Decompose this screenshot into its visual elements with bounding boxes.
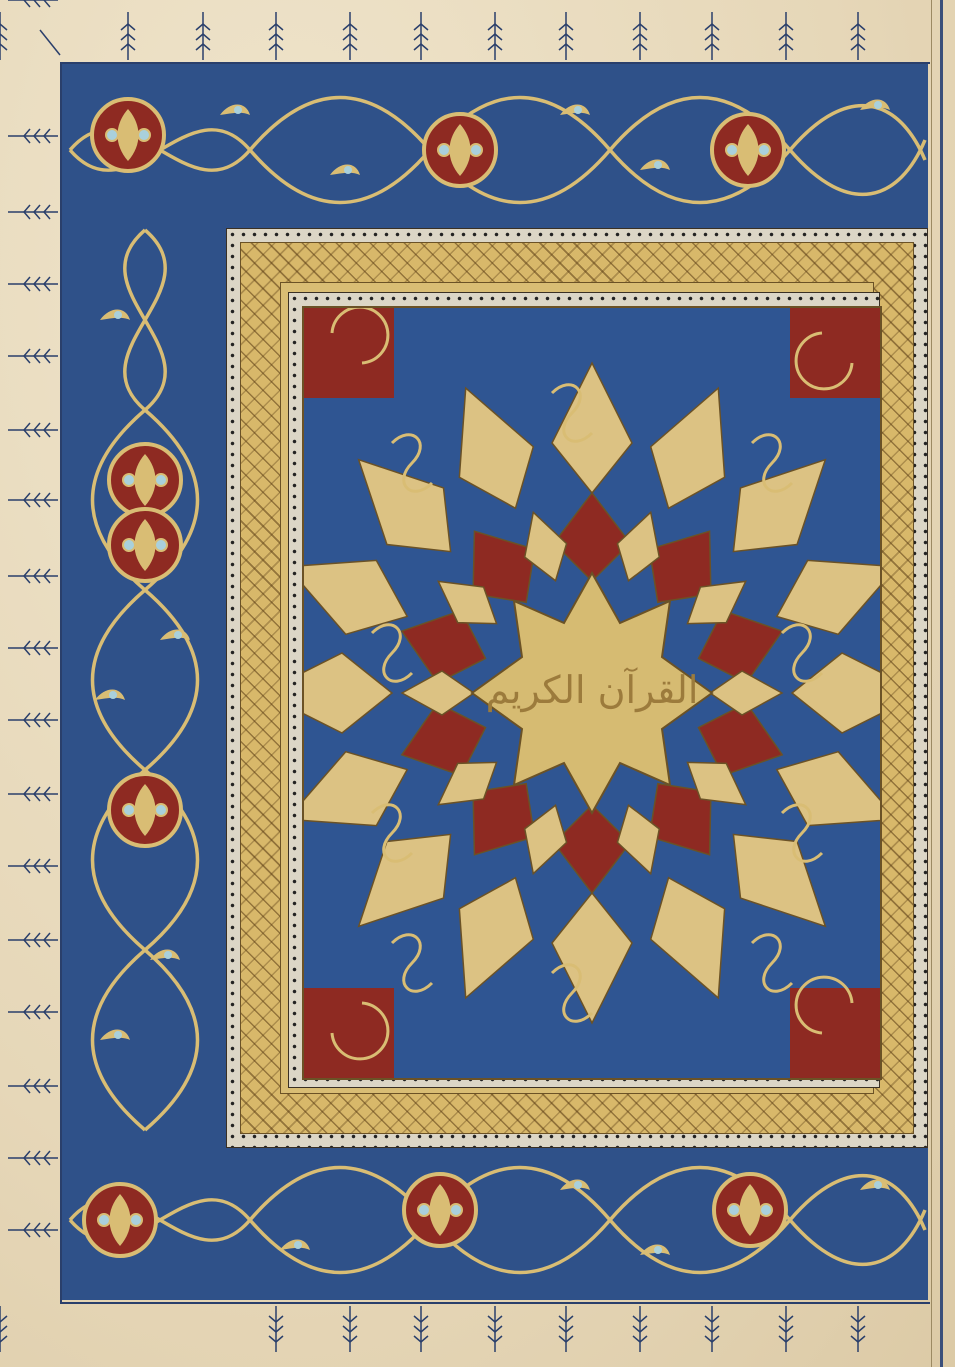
central-geometric-panel: القرآن الكريم xyxy=(302,306,882,1080)
central-calligraphy: القرآن الكريم xyxy=(304,668,880,712)
manuscript-page: القرآن الكريم xyxy=(0,0,955,1367)
